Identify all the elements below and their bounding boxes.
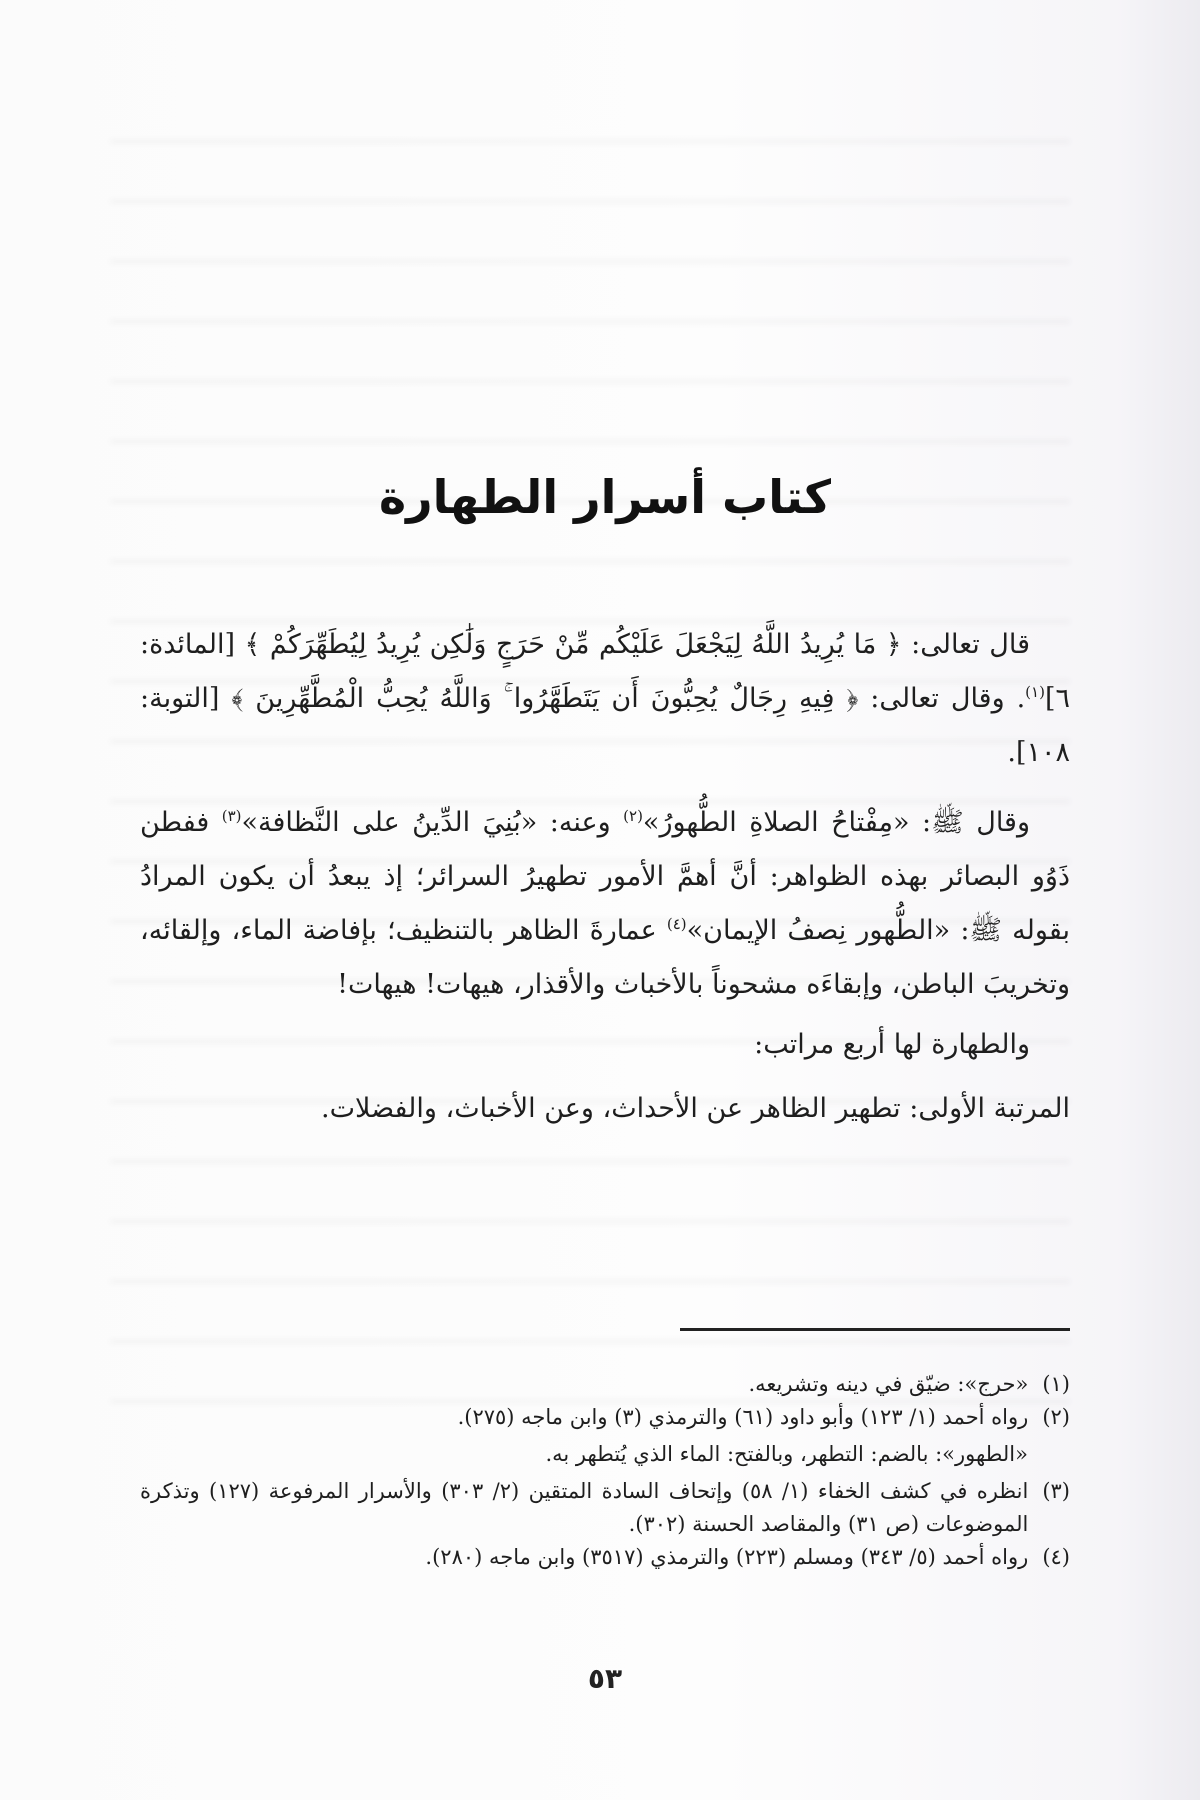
footnote-text: رواه أحمد (٥/ ٣٤٣) ومسلم (٢٢٣) والترمذي …: [140, 1541, 1028, 1574]
footnote-separator: [680, 1328, 1070, 1331]
paragraph-quran-verses: قال تعالى: ﴿ مَا يُرِيدُ اللَّهُ لِيَجْع…: [140, 618, 1070, 780]
page-number: ٥٣: [140, 1662, 1070, 1695]
footnote-2: (٢) رواه أحمد (١/ ١٢٣) وأبو داود (٦١) وا…: [140, 1401, 1070, 1434]
footnote-text: انظره في كشف الخفاء (١/ ٥٨) وإتحاف الساد…: [140, 1475, 1028, 1541]
footnote-text: رواه أحمد (١/ ١٢٣) وأبو داود (٦١) والترم…: [140, 1401, 1028, 1434]
footnotes: (١) «حرج»: ضيّق في دينه وتشريعه. (٢) روا…: [140, 1368, 1070, 1574]
paragraph-four-levels: والطهارة لها أربع مراتب:: [140, 1018, 1070, 1072]
paragraph-hadith: وقال ﷺ: «مِفْتاحُ الصلاةِ الطُّهورُ»(٢) …: [140, 796, 1070, 1012]
footnote-ref-3: (٣): [222, 807, 242, 825]
paragraph-first-level: المرتبة الأولى: تطهير الظاهر عن الأحداث،…: [140, 1082, 1070, 1136]
hadith-text: وقال ﷺ: «مِفْتاحُ الصلاةِ الطُّهورُ»: [643, 807, 1030, 838]
verse-text-2: . وقال تعالى: ﴿ فِيهِ رِجَالٌ يُحِبُّونَ…: [140, 683, 1070, 768]
footnote-number: (٣): [1042, 1475, 1070, 1541]
footnote-ref-4: (٤): [667, 915, 687, 933]
footnote-ref-2: (٢): [623, 807, 643, 825]
footnote-number: (٢): [1042, 1401, 1070, 1434]
footnote-number: (١): [1042, 1368, 1070, 1401]
footnote-2-continuation: «الطهور»: بالضم: التطهر، وبالفتح: الماء …: [140, 1438, 1070, 1471]
chapter-title: كتاب أسرار الطهارة: [140, 470, 1070, 524]
footnote-1: (١) «حرج»: ضيّق في دينه وتشريعه.: [140, 1368, 1070, 1401]
footnote-text: «حرج»: ضيّق في دينه وتشريعه.: [140, 1368, 1028, 1401]
hadith-text-2: وعنه: «بُنِيَ الدِّينُ على النَّظافة»: [242, 807, 624, 838]
footnote-3: (٣) انظره في كشف الخفاء (١/ ٥٨) وإتحاف ا…: [140, 1475, 1070, 1541]
footnote-number: (٤): [1042, 1541, 1070, 1574]
footnote-ref-1: (١): [1025, 683, 1045, 701]
book-page: كتاب أسرار الطهارة قال تعالى: ﴿ مَا يُرِ…: [140, 0, 1070, 1800]
main-text: قال تعالى: ﴿ مَا يُرِيدُ اللَّهُ لِيَجْع…: [140, 618, 1070, 1136]
footnote-4: (٤) رواه أحمد (٥/ ٣٤٣) ومسلم (٢٢٣) والتر…: [140, 1541, 1070, 1574]
